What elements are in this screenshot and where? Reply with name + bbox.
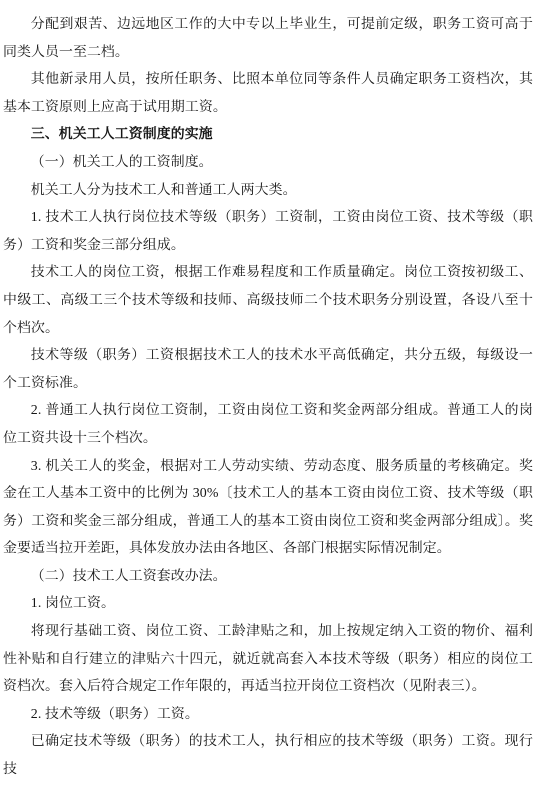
document-page: 分配到艰苦、边远地区工作的大中专以上毕业生，可提前定级，职务工资可高于同类人员一… (0, 0, 537, 786)
paragraph: 将现行基础工资、岗位工资、工龄津贴之和，加上按规定纳入工资的物价、福利性补贴和自… (3, 618, 533, 701)
paragraph: 2. 技术等级（职务）工资。 (3, 701, 533, 729)
paragraph: 3. 机关工人的奖金，根据对工人劳动实绩、劳动态度、服务质量的考核确定。奖金在工… (3, 453, 533, 563)
paragraph: 1. 岗位工资。 (3, 590, 533, 618)
paragraph: 2. 普通工人执行岗位工资制，工资由岗位工资和奖金两部分组成。普通工人的岗位工资… (3, 397, 533, 452)
paragraph: 1. 技术工人执行岗位技术等级（职务）工资制，工资由岗位工资、技术等级（职务）工… (3, 204, 533, 259)
paragraph: （二）技术工人工资套改办法。 (3, 563, 533, 591)
paragraph: 分配到艰苦、边远地区工作的大中专以上毕业生，可提前定级，职务工资可高于同类人员一… (3, 11, 533, 66)
paragraph: 其他新录用人员，按所任职务、比照本单位同等条件人员确定职务工资档次，其基本工资原… (3, 66, 533, 121)
paragraph: 技术工人的岗位工资，根据工作难易程度和工作质量确定。岗位工资按初级工、中级工、高… (3, 259, 533, 342)
paragraph: 机关工人分为技术工人和普通工人两大类。 (3, 177, 533, 205)
paragraph: 已确定技术等级（职务）的技术工人，执行相应的技术等级（职务）工资。现行技 (3, 728, 533, 783)
paragraph: （一）机关工人的工资制度。 (3, 149, 533, 177)
section-heading: 三、机关工人工资制度的实施 (3, 121, 533, 149)
paragraph: 技术等级（职务）工资根据技术工人的技术水平高低确定，共分五级，每级设一个工资标准… (3, 342, 533, 397)
document-text-block: 分配到艰苦、边远地区工作的大中专以上毕业生，可提前定级，职务工资可高于同类人员一… (3, 11, 533, 784)
